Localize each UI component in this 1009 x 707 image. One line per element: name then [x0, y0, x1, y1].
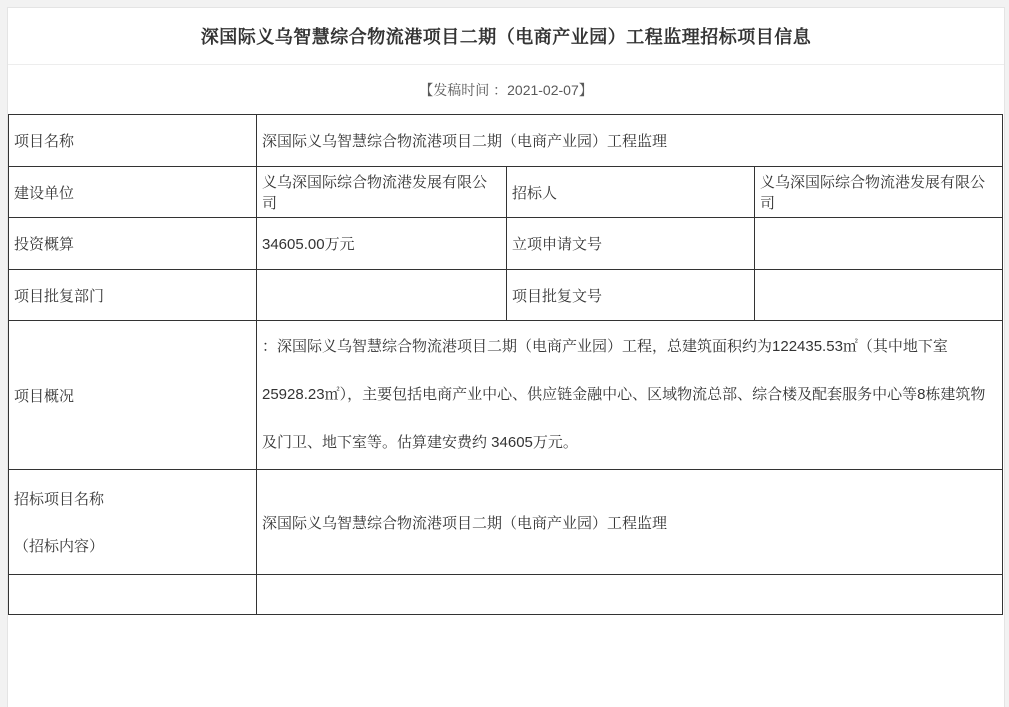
page-title: 深国际义乌智慧综合物流港项目二期（电商产业园）工程监理招标项目信息: [201, 23, 812, 49]
tender-project-name-label-line2: （招标内容）: [14, 535, 251, 556]
project-overview-value: ：深国际义乌智慧综合物流港项目二期（电商产业园）工程，总建筑面积约为122435…: [257, 321, 1003, 470]
application-doc-number-value: [755, 218, 1003, 270]
approval-department-label: 项目批复部门: [9, 270, 257, 321]
construction-unit-label: 建设单位: [9, 167, 257, 218]
publish-time-bar: 【发稿时间 ：2021-02-07】: [8, 65, 1004, 114]
application-doc-number-label: 立项申请文号: [507, 218, 755, 270]
row-project-name: 项目名称 深国际义乌智慧综合物流港项目二期（电商产业园）工程监理: [9, 115, 1003, 167]
title-bar: 深国际义乌智慧综合物流港项目二期（电商产业园）工程监理招标项目信息: [8, 8, 1004, 65]
construction-unit-value: 义乌深国际综合物流港发展有限公司: [257, 167, 507, 218]
row-construction-unit: 建设单位 义乌深国际综合物流港发展有限公司 招标人 义乌深国际综合物流港发展有限…: [9, 167, 1003, 218]
approval-doc-number-label: 项目批复文号: [507, 270, 755, 321]
approval-doc-number-value: [755, 270, 1003, 321]
next-row-value: [257, 575, 1003, 580]
content-panel: 深国际义乌智慧综合物流港项目二期（电商产业园）工程监理招标项目信息 【发稿时间 …: [7, 7, 1005, 579]
publish-time: 【发稿时间 ：2021-02-07】: [419, 80, 593, 100]
tender-project-name-value: 深国际义乌智慧综合物流港项目二期（电商产业园）工程监理: [257, 470, 1003, 575]
row-investment-estimate: 投资概算 34605.00万元 立项申请文号: [9, 218, 1003, 270]
tender-project-name-label-line1: 招标项目名称: [14, 488, 251, 509]
row-approval-department: 项目批复部门 项目批复文号: [9, 270, 1003, 321]
next-row-label: [9, 575, 257, 580]
tenderer-value: 义乌深国际综合物流港发展有限公司: [755, 167, 1003, 218]
project-overview-text: ：深国际义乌智慧综合物流港项目二期（电商产业园）工程，总建筑面积约为122435…: [262, 323, 997, 467]
row-tender-project-name: 招标项目名称 （招标内容） 深国际义乌智慧综合物流港项目二期（电商产业园）工程监…: [9, 470, 1003, 575]
row-project-overview: 项目概况 ：深国际义乌智慧综合物流港项目二期（电商产业园）工程，总建筑面积约为1…: [9, 321, 1003, 470]
investment-estimate-value: 34605.00万元: [257, 218, 507, 270]
project-name-label: 项目名称: [9, 115, 257, 167]
tenderer-label: 招标人: [507, 167, 755, 218]
row-next-partial: [9, 575, 1003, 580]
approval-department-value: [257, 270, 507, 321]
investment-estimate-label: 投资概算: [9, 218, 257, 270]
project-name-value: 深国际义乌智慧综合物流港项目二期（电商产业园）工程监理: [257, 115, 1003, 167]
tender-project-name-label: 招标项目名称 （招标内容）: [9, 470, 257, 575]
project-info-table: 项目名称 深国际义乌智慧综合物流港项目二期（电商产业园）工程监理 建设单位 义乌…: [8, 114, 1003, 579]
project-overview-label: 项目概况: [9, 321, 257, 470]
